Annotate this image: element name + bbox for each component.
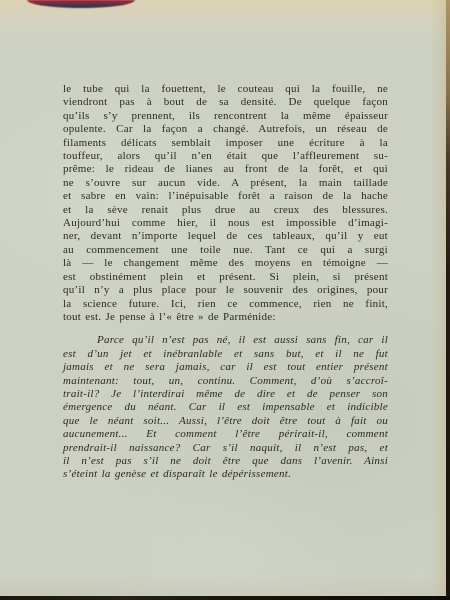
text-line: Aujourd’hui comme hier, il nous est impo… [63, 217, 388, 230]
text-line: aucunement... Et comment l’être périrait… [63, 428, 388, 441]
page-text: le tube qui la fouettent, le couteau qui… [63, 83, 388, 482]
text-line: ner, devant n’importe lequel de ces tabl… [63, 230, 388, 243]
text-line: ne s’ouvre sur aucun vide. A présent, la… [63, 177, 388, 190]
text-line: émergence du néant. Car il est impensabl… [63, 401, 388, 414]
text-line: il n’est pas s’il ne doit être que dans … [63, 455, 388, 468]
quote-paragraph: Parce qu’il n’est pas né, il est aussi s… [63, 334, 388, 481]
text-line: Parce qu’il n’est pas né, il est aussi s… [63, 334, 388, 347]
text-line: et sabre en vain: l’inépuisable forêt a … [63, 190, 388, 203]
text-line: le tube qui la fouettent, le couteau qui… [63, 83, 388, 96]
body-paragraph: le tube qui la fouettent, le couteau qui… [63, 83, 388, 324]
text-line: jamais et ne sera jamais, car il est tou… [63, 361, 388, 374]
text-line: prême: le rideau de lianes au front de l… [63, 163, 388, 176]
text-line: maintenant: tout, un, continu. Comment, … [63, 375, 388, 388]
book-cover-edge [27, 0, 135, 8]
scanned-book-page: le tube qui la fouettent, le couteau qui… [0, 0, 450, 600]
text-line: là — le changement même des moyens en té… [63, 257, 388, 270]
text-line: viendront pas à bout de sa densité. De q… [63, 96, 388, 109]
scan-edge-bottom [0, 596, 450, 600]
text-line: est d’un jet et inébranlable et sans but… [63, 348, 388, 361]
text-line: prendrait-il naissance? Car s’il naquit,… [63, 442, 388, 455]
text-line: la science future. Ici, rien ce commence… [63, 298, 388, 311]
text-line: touffeur, alors qu’il n’en était que l’a… [63, 150, 388, 163]
text-line: qu’ils s’y prennent, ils rencontrent la … [63, 110, 388, 123]
text-line: au commencement une toile nue. Tant ce q… [63, 244, 388, 257]
text-line: opulente. Car la façon a changé. Autrefo… [63, 123, 388, 136]
text-line: et la sève renait plus drue au creux des… [63, 204, 388, 217]
text-line: filaments délicats semblait imposer une … [63, 137, 388, 150]
text-line: s’éteint la genèse et disparaît le dépér… [63, 468, 388, 481]
text-line: est obstinément plein et présent. Si ple… [63, 271, 388, 284]
scan-edge-right [446, 0, 450, 600]
text-line: qu’il n’y a plus place pour le souvenir … [63, 284, 388, 297]
text-line: tout est. Je pense à l’« être » de Parmé… [63, 311, 388, 324]
text-line: que le néant soit... Aussi, l’être doit … [63, 415, 388, 428]
text-line: trait-il? Je l’interdirai même de dire e… [63, 388, 388, 401]
